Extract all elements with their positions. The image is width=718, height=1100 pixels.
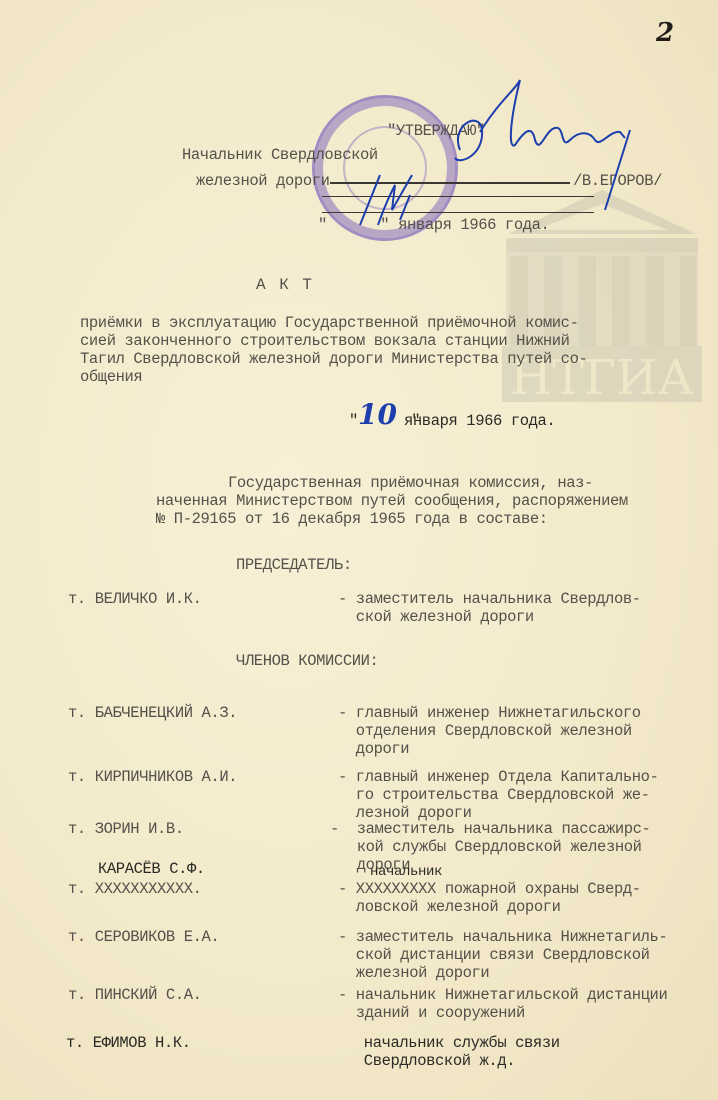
approval-position-line2: железной дороги <box>196 172 330 190</box>
member-role: - ХХХХХХХХХ пожарной охраны Сверд- <box>338 880 641 898</box>
chairman-name: т. ВЕЛИЧКО И.К. <box>68 590 202 608</box>
member-role: зданий и сооружений <box>338 1004 525 1022</box>
intro-line: наченная Министерством путей сообщения, … <box>156 492 628 510</box>
member-role: - начальник Нижнетагильской дистанции <box>338 986 667 1004</box>
subtitle-line: сией законченного строительством вокзала… <box>80 332 570 350</box>
member-role: ловской железной дороги <box>338 898 561 916</box>
member-role: го строительства Свердловской же- <box>338 786 650 804</box>
subtitle-line: общения <box>80 368 142 386</box>
member-role: - заместитель начальника Нижнетагиль- <box>338 928 667 946</box>
member-name: т. ЗОРИН И.В. <box>68 820 184 838</box>
member-name: т. ЕФИМОВ Н.К. <box>66 1034 191 1052</box>
member-name-correction: КАРАСЁВ С.Ф. <box>98 860 205 878</box>
chairman-role: - заместитель начальника Свердлов- <box>338 590 641 608</box>
member-name: т. ПИНСКИЙ С.А. <box>68 986 202 1004</box>
member-role: отделения Свердловской железной <box>338 722 632 740</box>
document-title: А К Т <box>256 276 314 294</box>
member-role-correction: начальник <box>370 864 442 880</box>
page-number: 2 <box>656 18 674 48</box>
member-name: т. КИРПИЧНИКОВ А.И. <box>68 768 237 786</box>
chairman-heading: ПРЕДСЕДАТЕЛЬ: <box>236 556 352 574</box>
member-role: железной дороги <box>338 964 489 982</box>
subtitle-line: Тагил Свердловской железной дороги Минис… <box>80 350 587 368</box>
member-role: начальник службы связи <box>346 1034 560 1052</box>
act-date-rest: января 1966 года. <box>404 412 555 430</box>
member-role: Свердловской ж.д. <box>346 1052 515 1070</box>
member-role: кой службы Свердловской железной <box>330 838 642 856</box>
member-name: т. СЕРОВИКОВ Е.А. <box>68 928 219 946</box>
approval-position-line1: Начальник Свердловской <box>182 146 378 164</box>
handwritten-initials-icon <box>350 165 430 235</box>
member-role: - главный инженер Нижнетагильского <box>338 704 641 722</box>
subtitle-line: приёмки в эксплуатацию Государственной п… <box>80 314 579 332</box>
signature-icon <box>440 70 710 220</box>
intro-line: № П-29165 от 16 декабря 1965 года в сост… <box>156 510 548 528</box>
chairman-role: ской железной дороги <box>338 608 534 626</box>
member-role: - главный инженер Отдела Капитально- <box>338 768 658 786</box>
member-role: - заместитель начальника пассажирс- <box>330 820 650 838</box>
member-role: дороги <box>338 740 409 758</box>
member-name: т. ХХХХХХХХХХХ. <box>68 880 202 898</box>
act-date-day-handwritten: 10 <box>358 398 397 431</box>
member-role: ской дистанции связи Свердловской <box>338 946 650 964</box>
members-heading: ЧЛЕНОВ КОМИССИИ: <box>236 652 378 670</box>
intro-line: Государственная приёмочная комиссия, наз… <box>228 474 593 492</box>
member-name: т. БАБЧЕНЕЦКИЙ А.З. <box>68 704 237 722</box>
